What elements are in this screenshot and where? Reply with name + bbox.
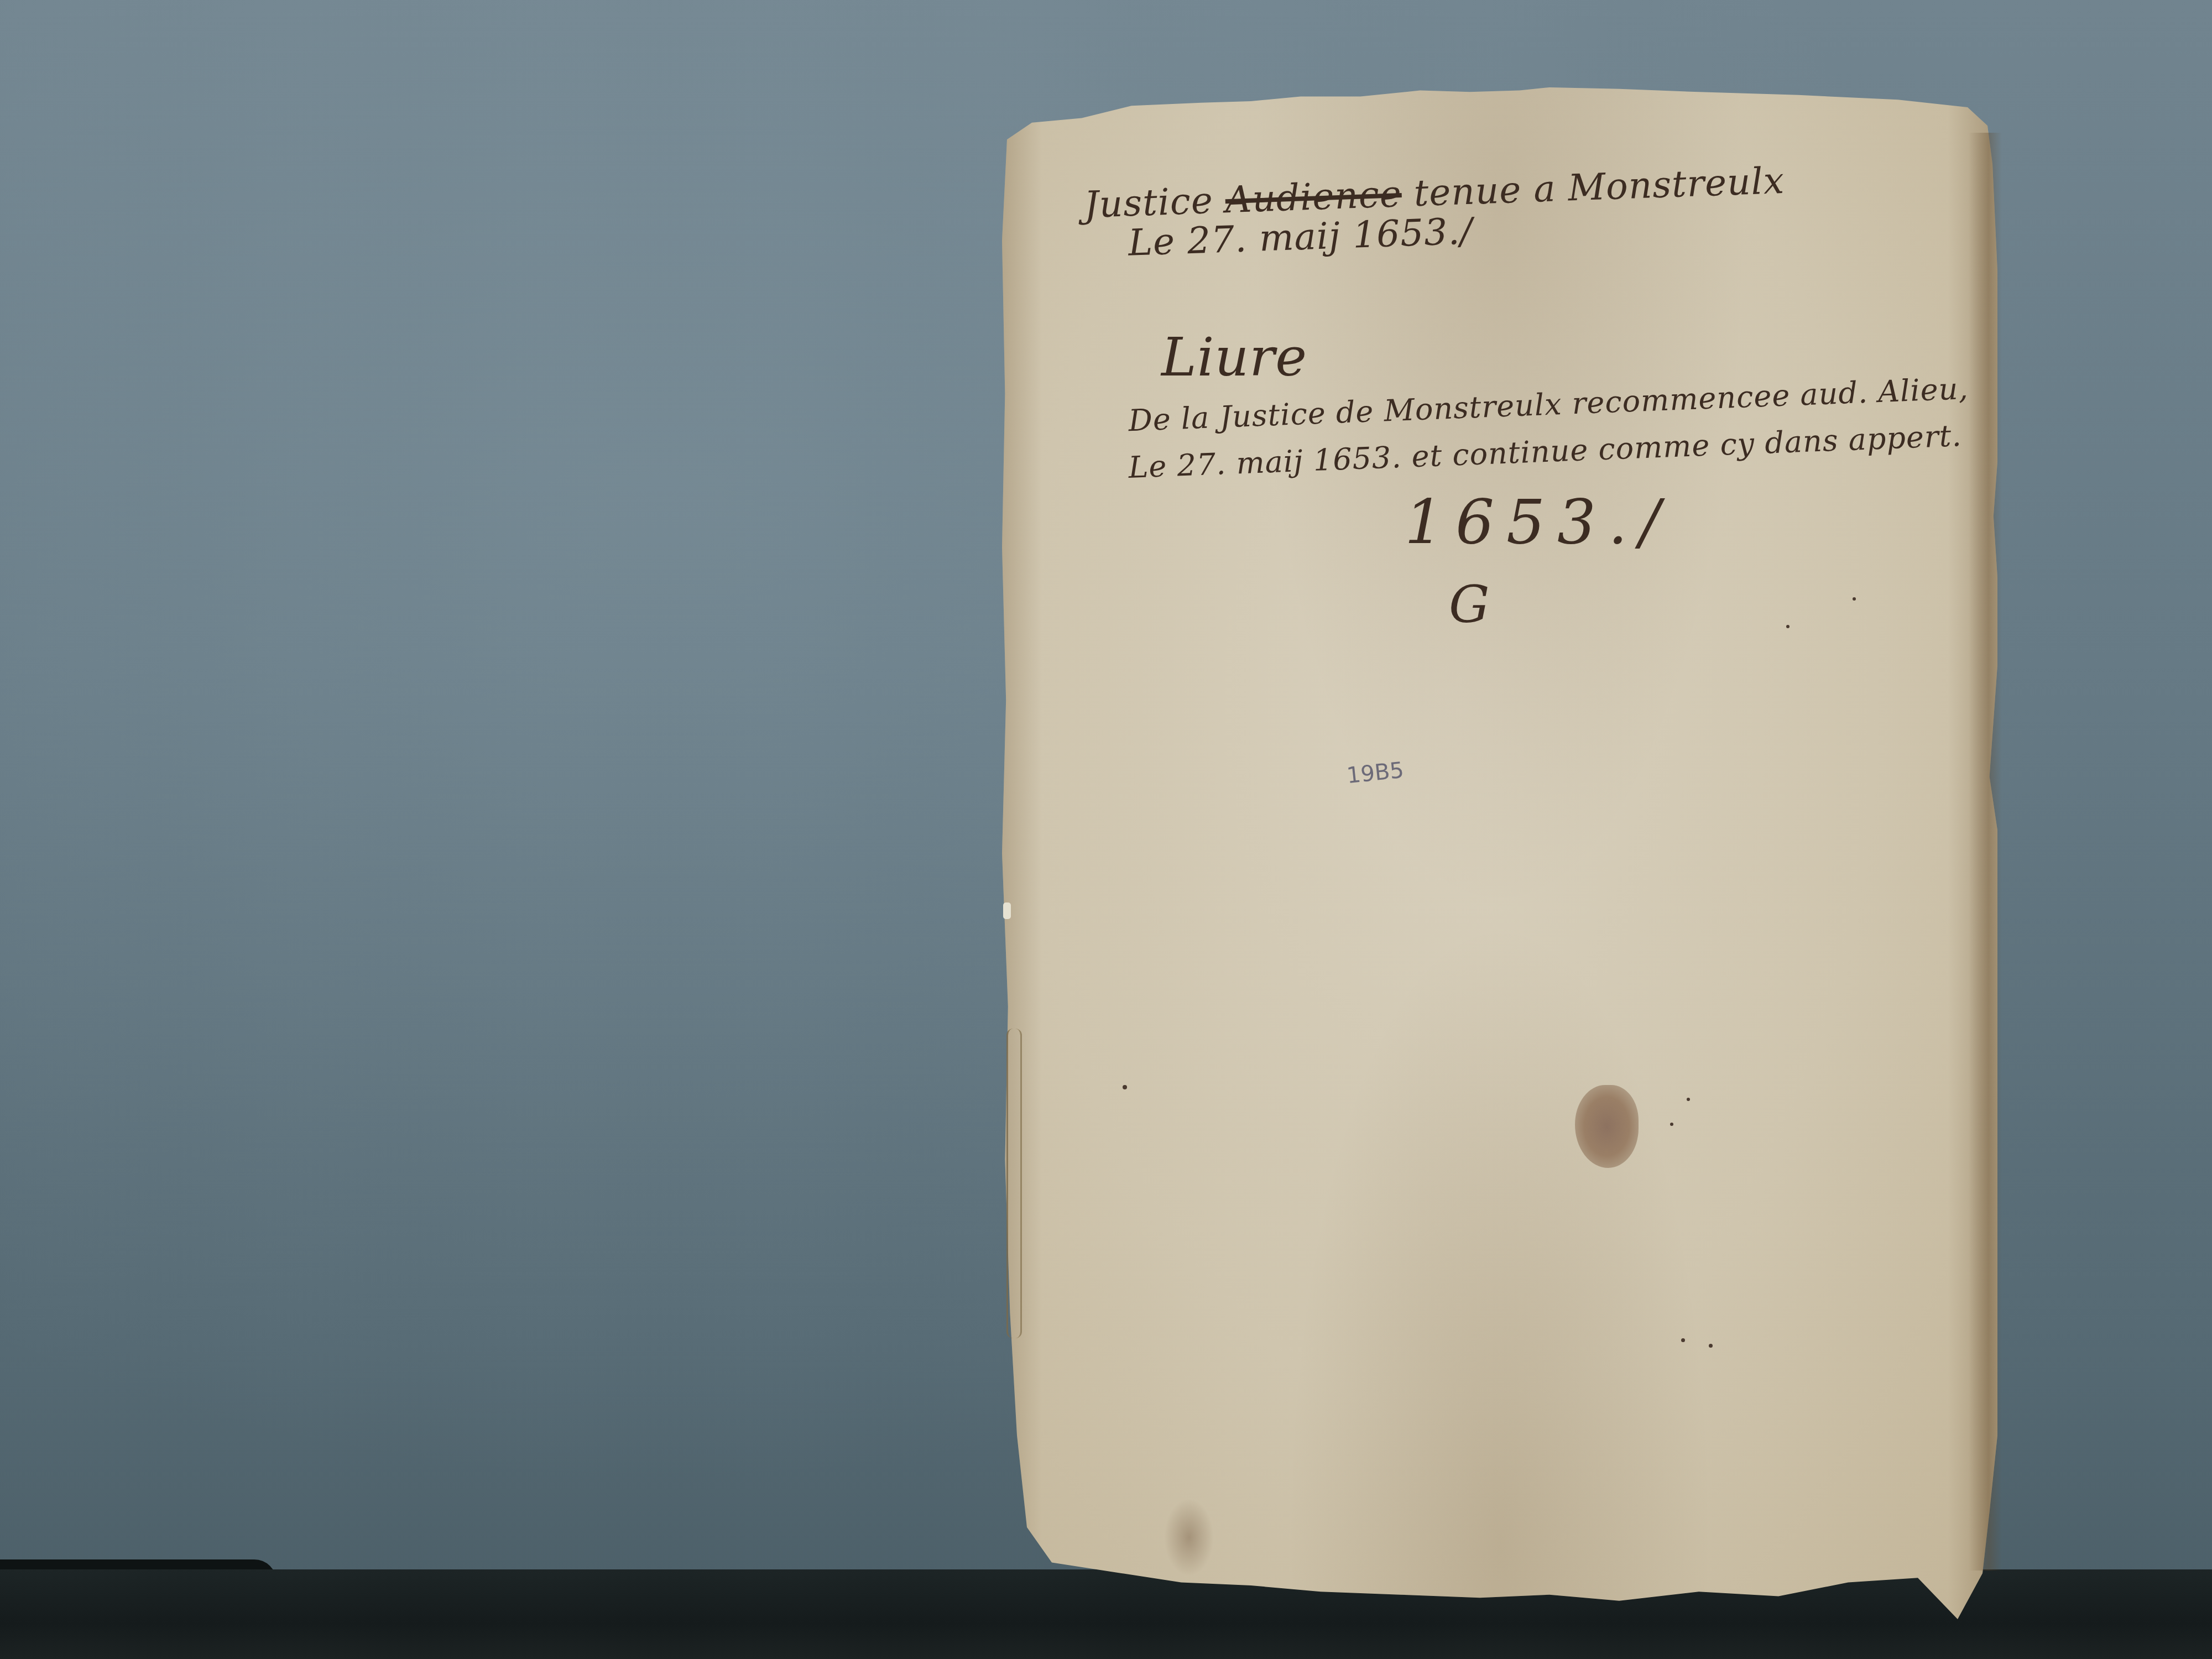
binding-thread-knot <box>1003 902 1011 919</box>
dark-shelf-base <box>0 1569 2212 1659</box>
binding-thread <box>1006 1029 1022 1338</box>
page-torn-edge <box>1969 133 2002 1571</box>
ink-speck <box>1786 625 1790 628</box>
ink-speck <box>1681 1338 1685 1342</box>
ink-speck <box>1709 1344 1713 1348</box>
ink-speck <box>1670 1123 1673 1126</box>
water-stain <box>1164 1499 1214 1576</box>
title-liure: Liure <box>1161 326 1307 388</box>
year-mark: 1653./ <box>1405 487 1672 557</box>
initial-mark: G <box>1449 575 1490 634</box>
ink-speck <box>1687 1098 1690 1101</box>
ink-speck <box>1853 597 1856 601</box>
manuscript-page <box>1002 87 1997 1619</box>
ink-speck <box>1123 1085 1127 1089</box>
wax-stain <box>1575 1085 1639 1168</box>
